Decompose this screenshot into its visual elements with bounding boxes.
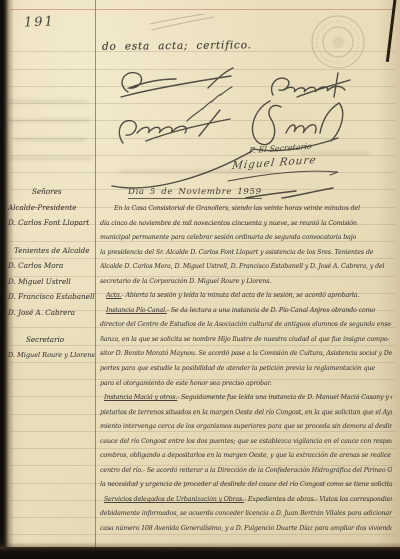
embossed-seal-stamp — [312, 16, 364, 68]
manuscript-line: casa número 108 Avenida Generalísimo, y … — [100, 522, 392, 537]
manuscript-line: municipal permanente para celebrar sesió… — [100, 231, 392, 246]
manuscript-line: sitor D. Benito Morató Maynou. Se acordó… — [100, 347, 392, 362]
manuscript-page: 191 do esta acta; certifico. F. El Secre… — [0, 0, 400, 559]
desk-background — [0, 547, 400, 559]
margin-attendee-name: D. Carlos Font Llopart — [8, 215, 96, 231]
ink-bleed-smudge — [14, 138, 86, 141]
manuscript-line: portes para que estudie la posibilidad d… — [100, 362, 392, 377]
manuscript-line: En la Casa Consistorial de Granollers, s… — [100, 202, 392, 217]
pencil-ghost-stroke — [150, 14, 214, 30]
signature-4 — [112, 110, 252, 188]
margin-group: Tenientes de AlcaldeD. Carlos MoraD. Mig… — [8, 243, 96, 321]
margin-attendee-name: D. Francisco Estabanell — [8, 289, 96, 305]
signature-1 — [121, 68, 233, 97]
manuscript-line: Instancia Maciá y otros.- Seguidamente f… — [100, 391, 392, 406]
book-binding-edge — [0, 0, 14, 559]
margin-group: SecretarioD. Miguel Roure y Llorens — [8, 332, 96, 363]
top-margin-line — [10, 9, 395, 10]
margin-group-title: Secretario — [8, 332, 96, 348]
ink-bleed-smudge — [4, 119, 90, 122]
manuscript-line: día cinco de noviembre de mil noveciento… — [100, 217, 392, 232]
manuscript-line: la presidencia del Sr. Alcalde D. Carlos… — [100, 246, 392, 261]
minutes-body-column: En la Casa Consistorial de Granollers, s… — [100, 202, 392, 537]
manuscript-line: Alcalde D. Carlos Mora, D. Miguel Ustrel… — [100, 260, 392, 275]
manuscript-line: para el otorgamiento de este honor sea p… — [100, 377, 392, 392]
manuscript-line: secretario de la Corporación D. Miguel R… — [100, 275, 392, 290]
attendees-margin-column: SeñoresAlcalde-PresidenteD. Carlos Font … — [8, 184, 96, 363]
date-heading: Día 5 de Noviembre 1959 — [128, 187, 262, 199]
manuscript-line: pietarios de terrenos situados en la mar… — [100, 406, 392, 421]
margin-attendee-name: D. Miguel Ustrell — [8, 274, 96, 290]
minutes-text: En la Casa Consistorial de Granollers, s… — [100, 202, 392, 537]
ink-bleed-smudge — [8, 157, 92, 160]
manuscript-line: Instancia Pío Canal.- Se da lectura a un… — [100, 304, 392, 319]
margin-group: SeñoresAlcalde-PresidenteD. Carlos Font … — [8, 184, 96, 231]
manuscript-line: combros, obligando a depositarlos en la … — [100, 449, 392, 464]
manuscript-line: director del Centro de Estudios de la As… — [100, 318, 392, 333]
signature-3 — [187, 87, 232, 121]
manuscript-line: Servicios delegados de Urbanización y Ob… — [100, 493, 392, 508]
margin-attendee-name: D. Miguel Roure y Llorens — [8, 348, 96, 364]
secretary-signature-name: Miguel Roure — [231, 154, 317, 172]
margin-attendee-name: D. José A. Cabrera — [8, 305, 96, 321]
manuscript-line: Acta.- Abierta la sesión y leída la minu… — [100, 289, 392, 304]
manuscript-line: centro del río.- Se acordó reiterar a la… — [100, 464, 392, 479]
signature-2 — [272, 73, 350, 97]
margin-attendee-name: Alcalde-Presidente — [8, 200, 96, 216]
margin-group-title: Señores — [8, 184, 96, 200]
manuscript-line: miento intervenga cerca de los organismo… — [100, 420, 392, 435]
faint-page-number: 191 — [24, 14, 55, 30]
margin-group-title: Tenientes de Alcalde — [8, 243, 96, 259]
ink-bleed-smudge — [8, 100, 88, 103]
manuscript-line: debidamente informados, se acuerda conce… — [100, 507, 392, 522]
manuscript-line: cauce del río Congost entre los dos puen… — [100, 435, 392, 450]
manuscript-line: ñanza, en la que se solicita se nombre H… — [100, 333, 392, 348]
closing-annotation: do esta acta; certifico. — [102, 39, 252, 53]
margin-attendee-name: D. Carlos Mora — [8, 258, 96, 274]
manuscript-line: la necesidad y urgencia de proceder al d… — [100, 478, 392, 493]
